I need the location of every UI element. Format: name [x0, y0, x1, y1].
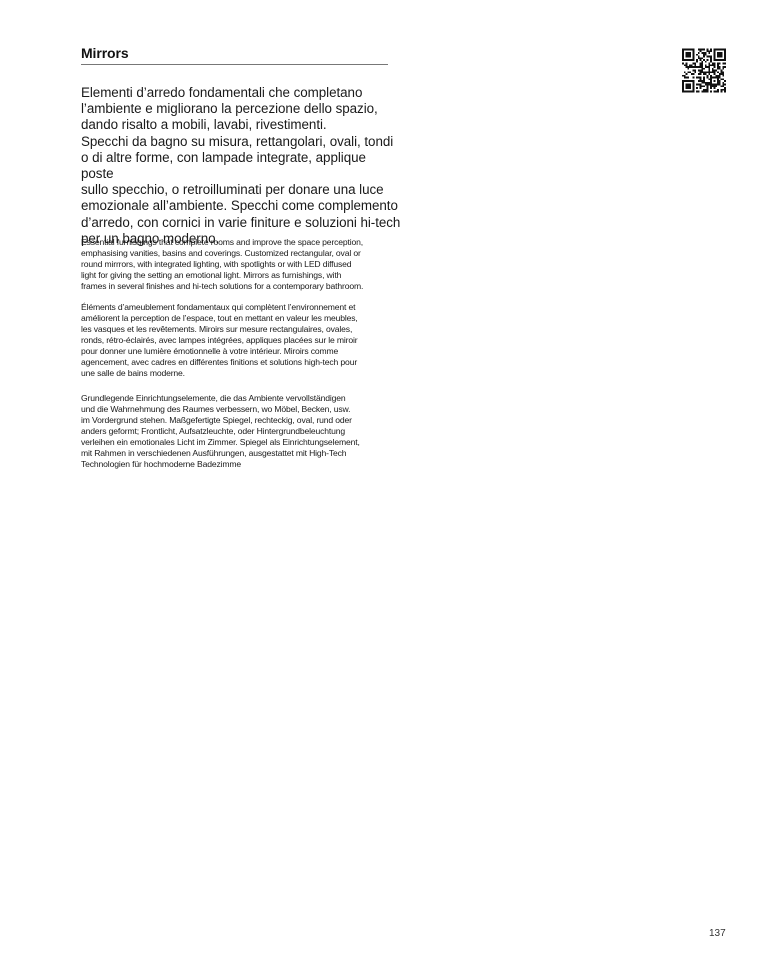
text-line: Technologien für hochmoderne Badezimme [81, 459, 241, 469]
english-description: Essential furnishings that complete room… [81, 237, 401, 292]
text-line: dando risalto a mobili, lavabi, rivestim… [81, 117, 327, 132]
text-line: light for giving the setting an emotiona… [81, 270, 341, 280]
text-line: und die Wahrnehmung des Raumes verbesser… [81, 404, 350, 414]
text-line: une salle de bains moderne. [81, 368, 185, 378]
text-line: emphasising vanities, basins and coverin… [81, 248, 361, 258]
text-line: Elementi d’arredo fondamentali che compl… [81, 85, 362, 100]
page-number: 137 [709, 928, 726, 939]
text-line: améliorent la perception de l’espace, to… [81, 313, 358, 323]
text-line: round mirrrors, with integrated lighting… [81, 259, 351, 269]
text-line: l’ambiente e migliorano la percezione de… [81, 101, 378, 116]
text-line: anders geformt; Frontlicht, Aufsatzleuch… [81, 426, 345, 436]
text-line: pour donner une lumière émotionnelle à v… [81, 346, 338, 356]
text-line: verleihen ein emotionales Licht im Zimme… [81, 437, 360, 447]
text-line: Grundlegende Einrichtungselemente, die d… [81, 393, 346, 403]
italian-description: Elementi d’arredo fondamentali che compl… [81, 85, 401, 247]
text-line: emozionale all’ambiente. Specchi come co… [81, 198, 398, 213]
text-line: Éléments d’ameublement fondamentaux qui … [81, 302, 355, 312]
text-line: o di altre forme, con lampade integrate,… [81, 150, 366, 181]
text-line: sullo specchio, o retroilluminati per do… [81, 182, 384, 197]
text-line: mit Rahmen in verschiedenen Ausführungen… [81, 448, 346, 458]
text-line: frames in several finishes and hi-tech s… [81, 281, 363, 291]
text-line: Essential furnishings that complete room… [81, 237, 363, 247]
qr-code-icon[interactable] [682, 48, 726, 93]
text-line: agencement, avec cadres en différentes f… [81, 357, 357, 367]
french-description: Éléments d’ameublement fondamentaux qui … [81, 302, 401, 379]
text-line: im Vordergrund stehen. Maßgefertigte Spi… [81, 415, 352, 425]
text-line: Specchi da bagno su misura, rettangolari… [81, 134, 393, 149]
text-line: ronds, rétro-éclairés, avec lampes intég… [81, 335, 357, 345]
section-title: Mirrors [81, 45, 129, 62]
title-divider [81, 64, 388, 65]
text-line: les vasques et les revêtements. Miroirs … [81, 324, 352, 334]
text-line: d’arredo, con cornici in varie finiture … [81, 215, 400, 230]
german-description: Grundlegende Einrichtungselemente, die d… [81, 393, 401, 470]
